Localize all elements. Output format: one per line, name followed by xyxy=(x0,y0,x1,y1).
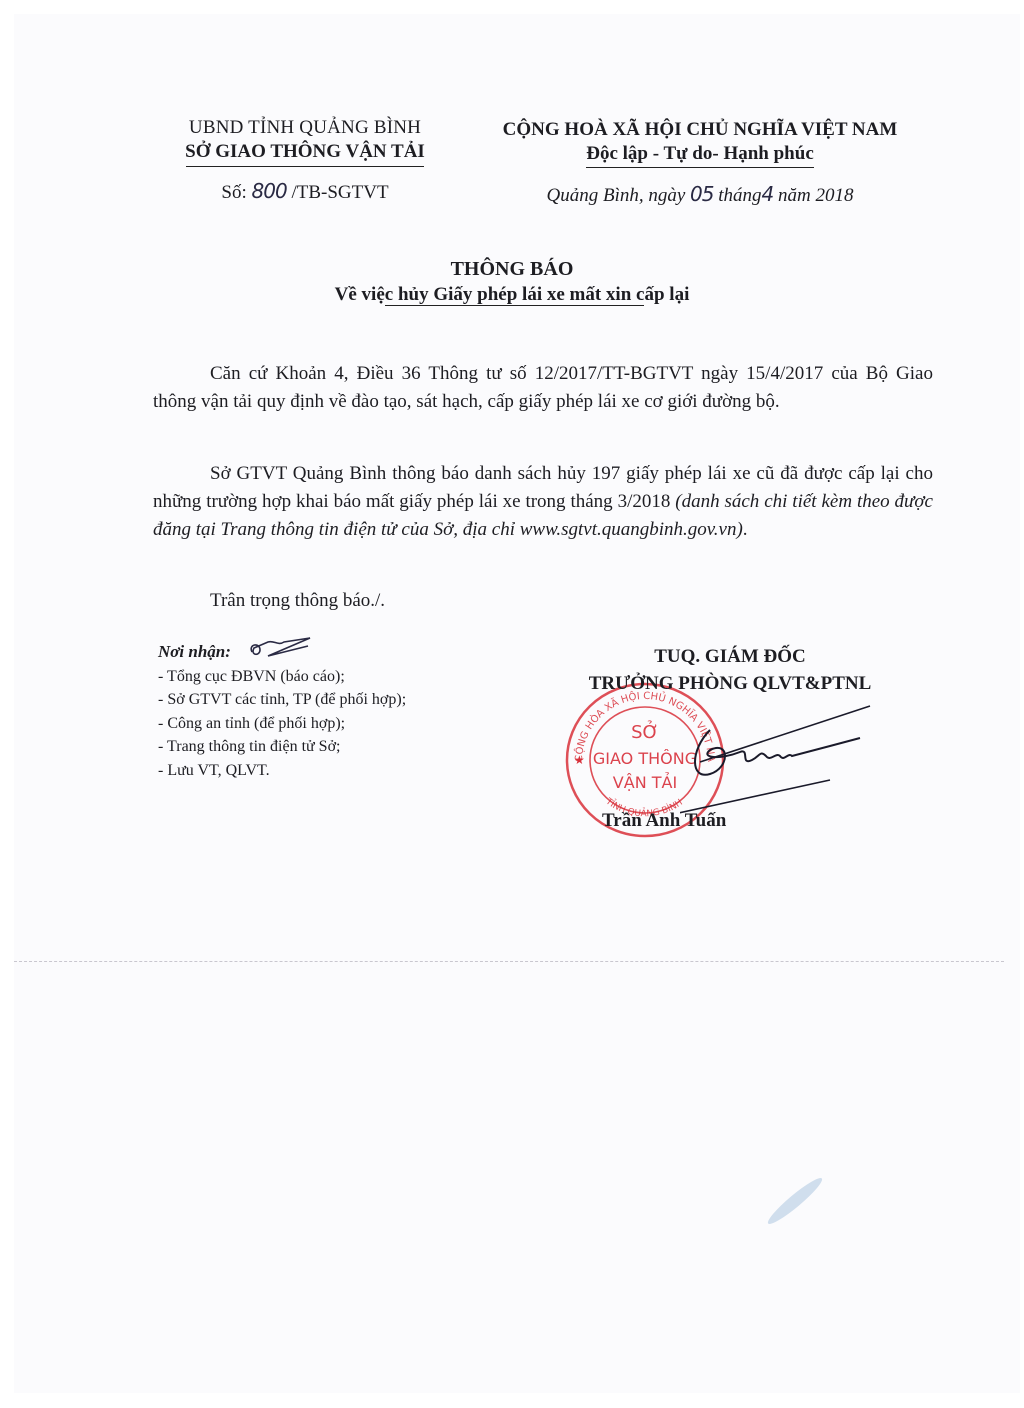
document-title: THÔNG BÁO xyxy=(0,258,1024,281)
signer-position: TRƯỞNG PHÒNG QLVT&PTNL xyxy=(540,670,920,697)
doc-number-handwritten: 800 xyxy=(252,179,287,203)
place-date: Quảng Bình, ngày 05 tháng4 năm 2018 xyxy=(470,182,930,207)
recipient-item: - Tổng cục ĐBVN (báo cáo); xyxy=(158,665,406,689)
svg-text:VẬN TẢI: VẬN TẢI xyxy=(613,772,677,792)
scan-artifact-line xyxy=(14,961,1004,962)
issuing-authority-block: UBND TỈNH QUẢNG BÌNH SỞ GIAO THÔNG VẬN T… xyxy=(150,116,460,204)
recipients-label: Nơi nhận xyxy=(158,642,225,661)
place-prefix: Quảng Bình, ngày xyxy=(547,185,686,206)
svg-text:★: ★ xyxy=(574,753,585,767)
document-number: Số: 800 /TB-SGTVT xyxy=(150,179,460,204)
recipient-item: - Công an tỉnh (để phối hợp); xyxy=(158,712,406,736)
paragraph-announcement: Sở GTVT Quảng Bình thông báo danh sách h… xyxy=(153,460,933,544)
department-name: SỞ GIAO THÔNG VẬN TẢI xyxy=(150,140,460,164)
month-label: tháng xyxy=(718,185,761,206)
header-divider xyxy=(186,166,424,167)
subtitle-underlined: c hủy Giấy phép lái xe mất xin c xyxy=(385,284,645,306)
national-heading-block: CỘNG HOÀ XÃ HỘI CHỦ NGHĨA VIỆT NAM Độc l… xyxy=(470,118,930,207)
month-handwritten: 4 xyxy=(762,182,774,206)
initials-mark-icon xyxy=(248,634,318,660)
document-subtitle: Về việc hủy Giấy phép lái xe mất xin cấp… xyxy=(0,284,1024,306)
recipient-item: - Trang thông tin điện tử Sở; xyxy=(158,735,406,759)
handwritten-signature-icon xyxy=(680,700,900,820)
announcement-end: . xyxy=(743,519,748,540)
national-motto: Độc lập - Tự do- Hạnh phúc xyxy=(586,142,814,168)
doc-number-prefix: Số: xyxy=(221,182,246,203)
paragraph-legal-basis: Căn cứ Khoản 4, Điều 36 Thông tư số 12/2… xyxy=(153,360,933,416)
subtitle-post: ấp lại xyxy=(644,284,689,305)
recipient-item: - Lưu VT, QLVT. xyxy=(158,759,406,783)
recipient-item: - Sở GTVT các tỉnh, TP (để phối hợp); xyxy=(158,688,406,712)
signature-block: TUQ. GIÁM ĐỐC TRƯỞNG PHÒNG QLVT&PTNL xyxy=(540,643,920,697)
subtitle-pre: Về việ xyxy=(335,284,385,305)
year-label: năm 2018 xyxy=(778,185,853,206)
authority-name: UBND TỈNH QUẢNG BÌNH xyxy=(150,116,460,140)
svg-text:SỞ: SỞ xyxy=(631,720,659,743)
nation-name: CỘNG HOÀ XÃ HỘI CHỦ NGHĨA VIỆT NAM xyxy=(470,118,930,142)
signer-authority: TUQ. GIÁM ĐỐC xyxy=(540,643,920,670)
doc-number-suffix: /TB-SGTVT xyxy=(291,182,388,203)
closing-line: Trân trọng thông báo./. xyxy=(210,590,385,612)
recipients-block: Nơi nhận: - Tổng cục ĐBVN (báo cáo); - S… xyxy=(158,640,406,782)
day-handwritten: 05 xyxy=(690,182,713,206)
recipients-colon: : xyxy=(225,642,231,661)
signer-name: Trần Anh Tuấn xyxy=(602,810,726,832)
